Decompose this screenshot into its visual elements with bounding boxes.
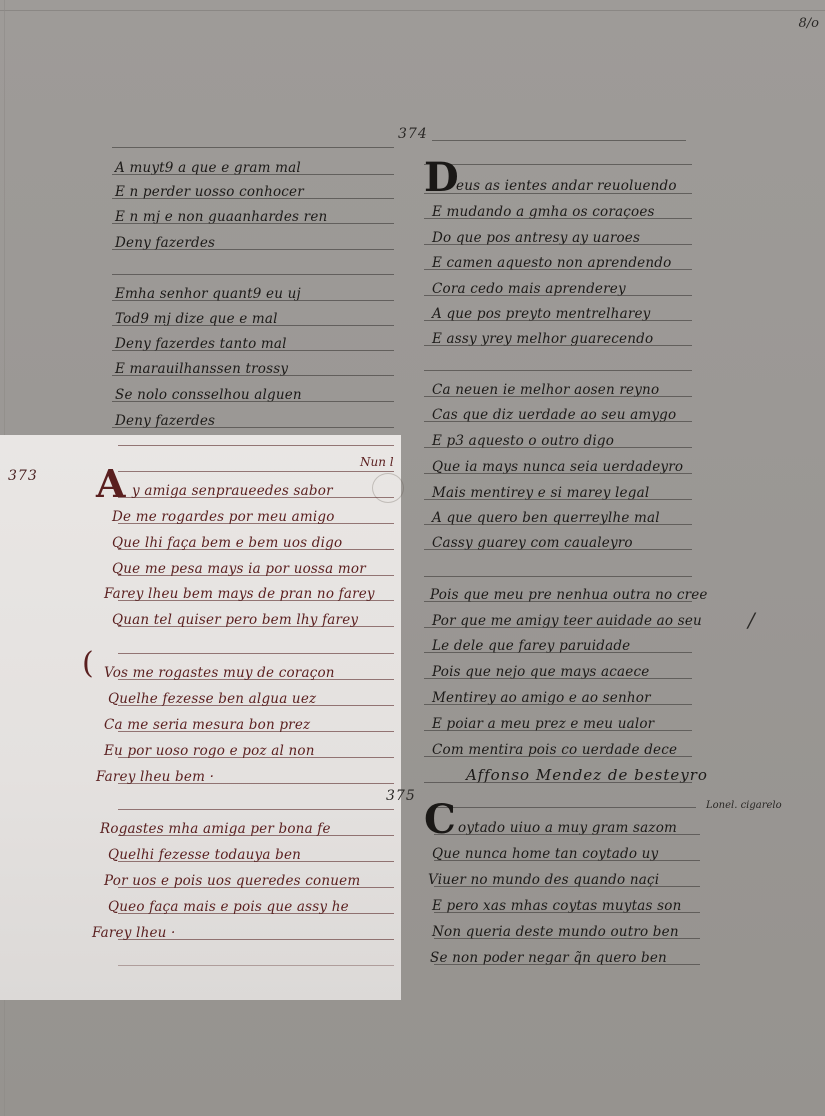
ruling-line xyxy=(118,705,394,706)
verse-line: eus as ientes andar reuoluendo xyxy=(456,178,677,194)
ruling-line xyxy=(434,860,700,861)
ruling-line xyxy=(424,576,692,577)
ruling-line xyxy=(424,782,692,783)
ruling-line xyxy=(118,575,394,576)
ruling-line xyxy=(424,499,692,500)
ruling-line xyxy=(118,549,394,550)
ruling-line xyxy=(424,396,692,397)
ruling-line xyxy=(118,939,394,940)
ruling-line xyxy=(424,756,692,757)
poem-number: 373 xyxy=(8,468,38,484)
ruling-line xyxy=(424,601,692,602)
ruling-line xyxy=(118,497,394,498)
ruling-line xyxy=(424,164,692,165)
ruling-line xyxy=(112,300,394,301)
ruling-line xyxy=(118,679,394,680)
ruling-line xyxy=(112,174,394,175)
ruling-line xyxy=(424,244,692,245)
ruling-line xyxy=(434,807,696,808)
ruling-line xyxy=(118,731,394,732)
ruling-line xyxy=(118,835,394,836)
ruling-line xyxy=(112,401,394,402)
margin-note: Nun l xyxy=(360,455,394,469)
ruling-line xyxy=(118,783,394,784)
ruling-line xyxy=(118,653,394,654)
ruling-line xyxy=(112,249,394,250)
ruling-line xyxy=(118,523,394,524)
ruling-line xyxy=(118,471,394,472)
ruling-line xyxy=(434,886,700,887)
ruling-line xyxy=(434,938,700,939)
ruling-line xyxy=(424,421,692,422)
ruling-line xyxy=(112,274,394,275)
page-top-edge xyxy=(0,10,825,11)
ruling-line xyxy=(434,912,700,913)
ruling-line xyxy=(112,198,394,199)
poem-number: 375 xyxy=(386,788,416,804)
ruling-line xyxy=(118,887,394,888)
ruling-line xyxy=(424,704,692,705)
ruling-line xyxy=(118,861,394,862)
ruling-line xyxy=(434,964,700,965)
ruling-line xyxy=(118,626,394,627)
ruling-line xyxy=(424,473,692,474)
ruling-line xyxy=(424,345,692,346)
overlay-insert-panel: 373 Nun l A y amiga senpraueedes sabor D… xyxy=(0,435,401,1000)
ruling-line xyxy=(424,269,692,270)
decorated-initial: D xyxy=(424,158,459,198)
ruling-line xyxy=(118,913,394,914)
ruling-line xyxy=(424,678,692,679)
ruling-line xyxy=(112,375,394,376)
ruling-line xyxy=(118,757,394,758)
ruling-line xyxy=(424,447,692,448)
ruling-line xyxy=(112,427,394,428)
verse-bracket: ( xyxy=(82,649,94,679)
ruling-line xyxy=(424,193,692,194)
ruling-line xyxy=(118,965,394,966)
ruling-line xyxy=(118,809,394,810)
poem-number: 374 xyxy=(398,126,428,142)
ruling-line xyxy=(424,295,692,296)
ruling-line xyxy=(424,524,692,525)
ruling-line xyxy=(424,370,692,371)
ruling-line xyxy=(424,627,692,628)
folio-mark: 8/o xyxy=(799,16,819,31)
ruling-line xyxy=(112,350,394,351)
margin-stroke: / xyxy=(748,608,755,632)
ruling-line xyxy=(112,325,394,326)
ruling-line xyxy=(424,730,692,731)
stain-mark xyxy=(372,473,404,503)
ruling-line xyxy=(432,140,686,141)
ruling-line xyxy=(424,549,692,550)
ruling-line xyxy=(118,445,394,446)
ruling-line xyxy=(434,834,700,835)
ruling-line xyxy=(424,320,692,321)
ruling-line xyxy=(424,218,692,219)
ruling-line xyxy=(424,652,692,653)
margin-note: Lonel. cigarelo xyxy=(706,800,782,811)
ruling-line xyxy=(112,147,394,148)
ruling-line xyxy=(112,223,394,224)
ruling-line xyxy=(118,600,394,601)
